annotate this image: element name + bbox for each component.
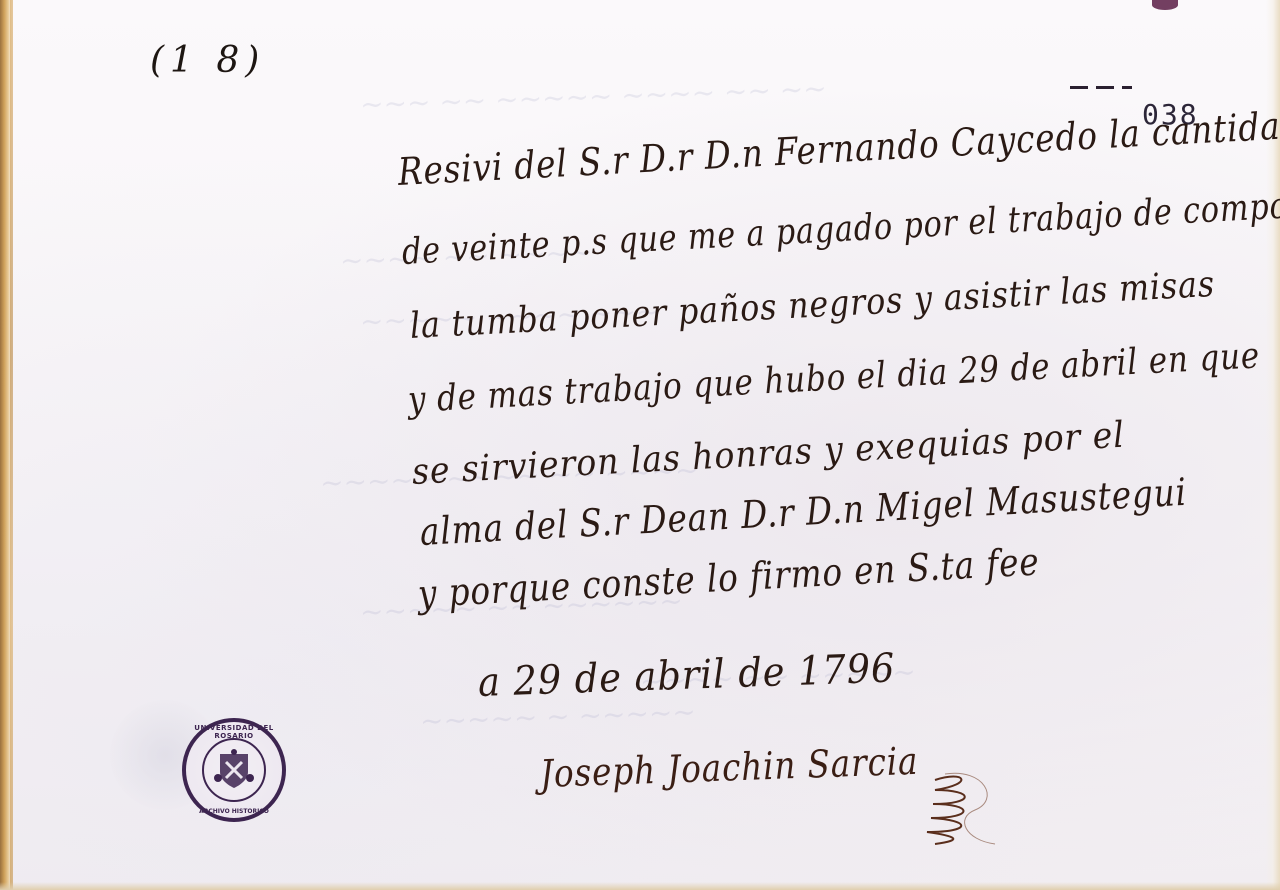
receipt-date: a 29 de abril de 1796 <box>477 645 896 706</box>
folio-mark: (1 8) <box>150 40 265 81</box>
receipt-line-3: la tumba poner paños negros y asistir la… <box>409 264 1216 347</box>
university-seal: UNIVERSIDAD DEL ROSARIO ARCHIVO HISTORIC… <box>182 718 286 822</box>
receipt-line-2: de veinte p.s que me a pagado por el tra… <box>401 183 1280 273</box>
bleed-through-text: ~~~ ~~ ~~~~~ ~~~~ ~~ ~~ <box>360 72 828 121</box>
stained-left-edge-line <box>10 0 13 890</box>
receipt-line-4: y de mas trabajo que hubo el dia 29 de a… <box>407 335 1261 421</box>
ink-blot <box>1152 0 1178 10</box>
seal-bottom-text: ARCHIVO HISTORICO <box>186 808 282 815</box>
receipt-line-7: y porque conste lo firmo en S.ta fee <box>417 539 1041 616</box>
document-page: ~~~ ~~ ~~~~~ ~~~~ ~~ ~~ ~~~~ ~~ ~~~~ ~~~… <box>0 0 1280 890</box>
page-bottom-edge <box>0 882 1280 890</box>
rubric-flourish-icon <box>905 770 1005 850</box>
stamp-dashes <box>1070 86 1132 89</box>
seal-crest <box>202 738 266 802</box>
coat-of-arms-icon <box>212 748 256 792</box>
receipt-line-1: Resivi del S.r D.r D.n Fernando Caycedo … <box>397 103 1280 194</box>
signature: Joseph Joachin Sarcia <box>539 739 919 796</box>
